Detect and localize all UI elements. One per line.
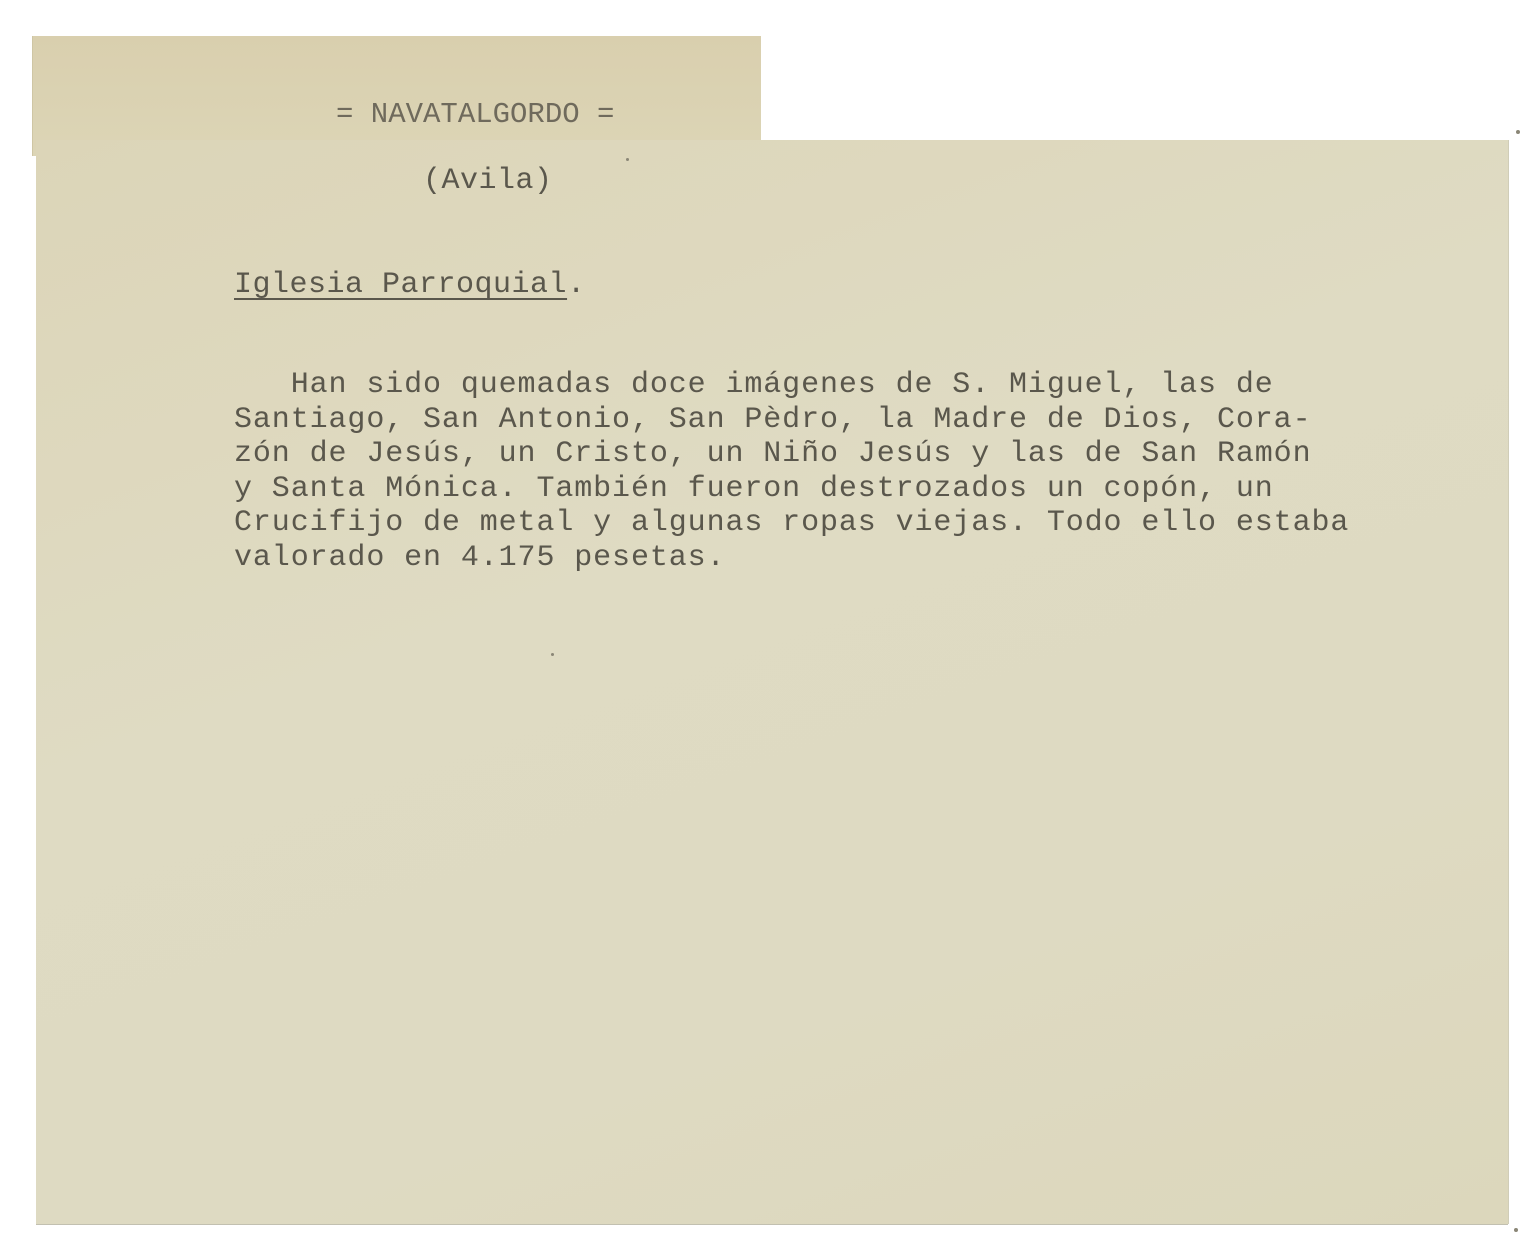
body-line: Crucifijo de metal y algunas ropas vieja… xyxy=(234,506,1349,541)
body-line: Han sido quemadas doce imágenes de S. Mi… xyxy=(234,368,1349,403)
paper-speck xyxy=(1514,1228,1518,1232)
section-title: Iglesia Parroquial. xyxy=(234,268,586,302)
paper-speck xyxy=(551,653,554,656)
index-card-tab xyxy=(33,36,761,156)
body-line: zón de Jesús, un Cristo, un Niño Jesús y… xyxy=(234,437,1349,472)
paper-speck xyxy=(626,158,629,161)
body-line: y Santa Mónica. También fueron destrozad… xyxy=(234,472,1349,507)
body-line: Santiago, San Antonio, San Pèdro, la Mad… xyxy=(234,403,1349,438)
header-province: (Avila) xyxy=(423,164,553,198)
index-card-body xyxy=(36,140,1508,1224)
section-title-text: Iglesia Parroquial xyxy=(234,268,567,302)
header-town-name: = NAVATALGORDO = xyxy=(336,98,614,131)
body-paragraph: Han sido quemadas doce imágenes de S. Mi… xyxy=(234,368,1349,575)
body-line: valorado en 4.175 pesetas. xyxy=(234,541,1349,576)
section-title-period: . xyxy=(567,268,586,302)
paper-speck xyxy=(1516,130,1520,134)
